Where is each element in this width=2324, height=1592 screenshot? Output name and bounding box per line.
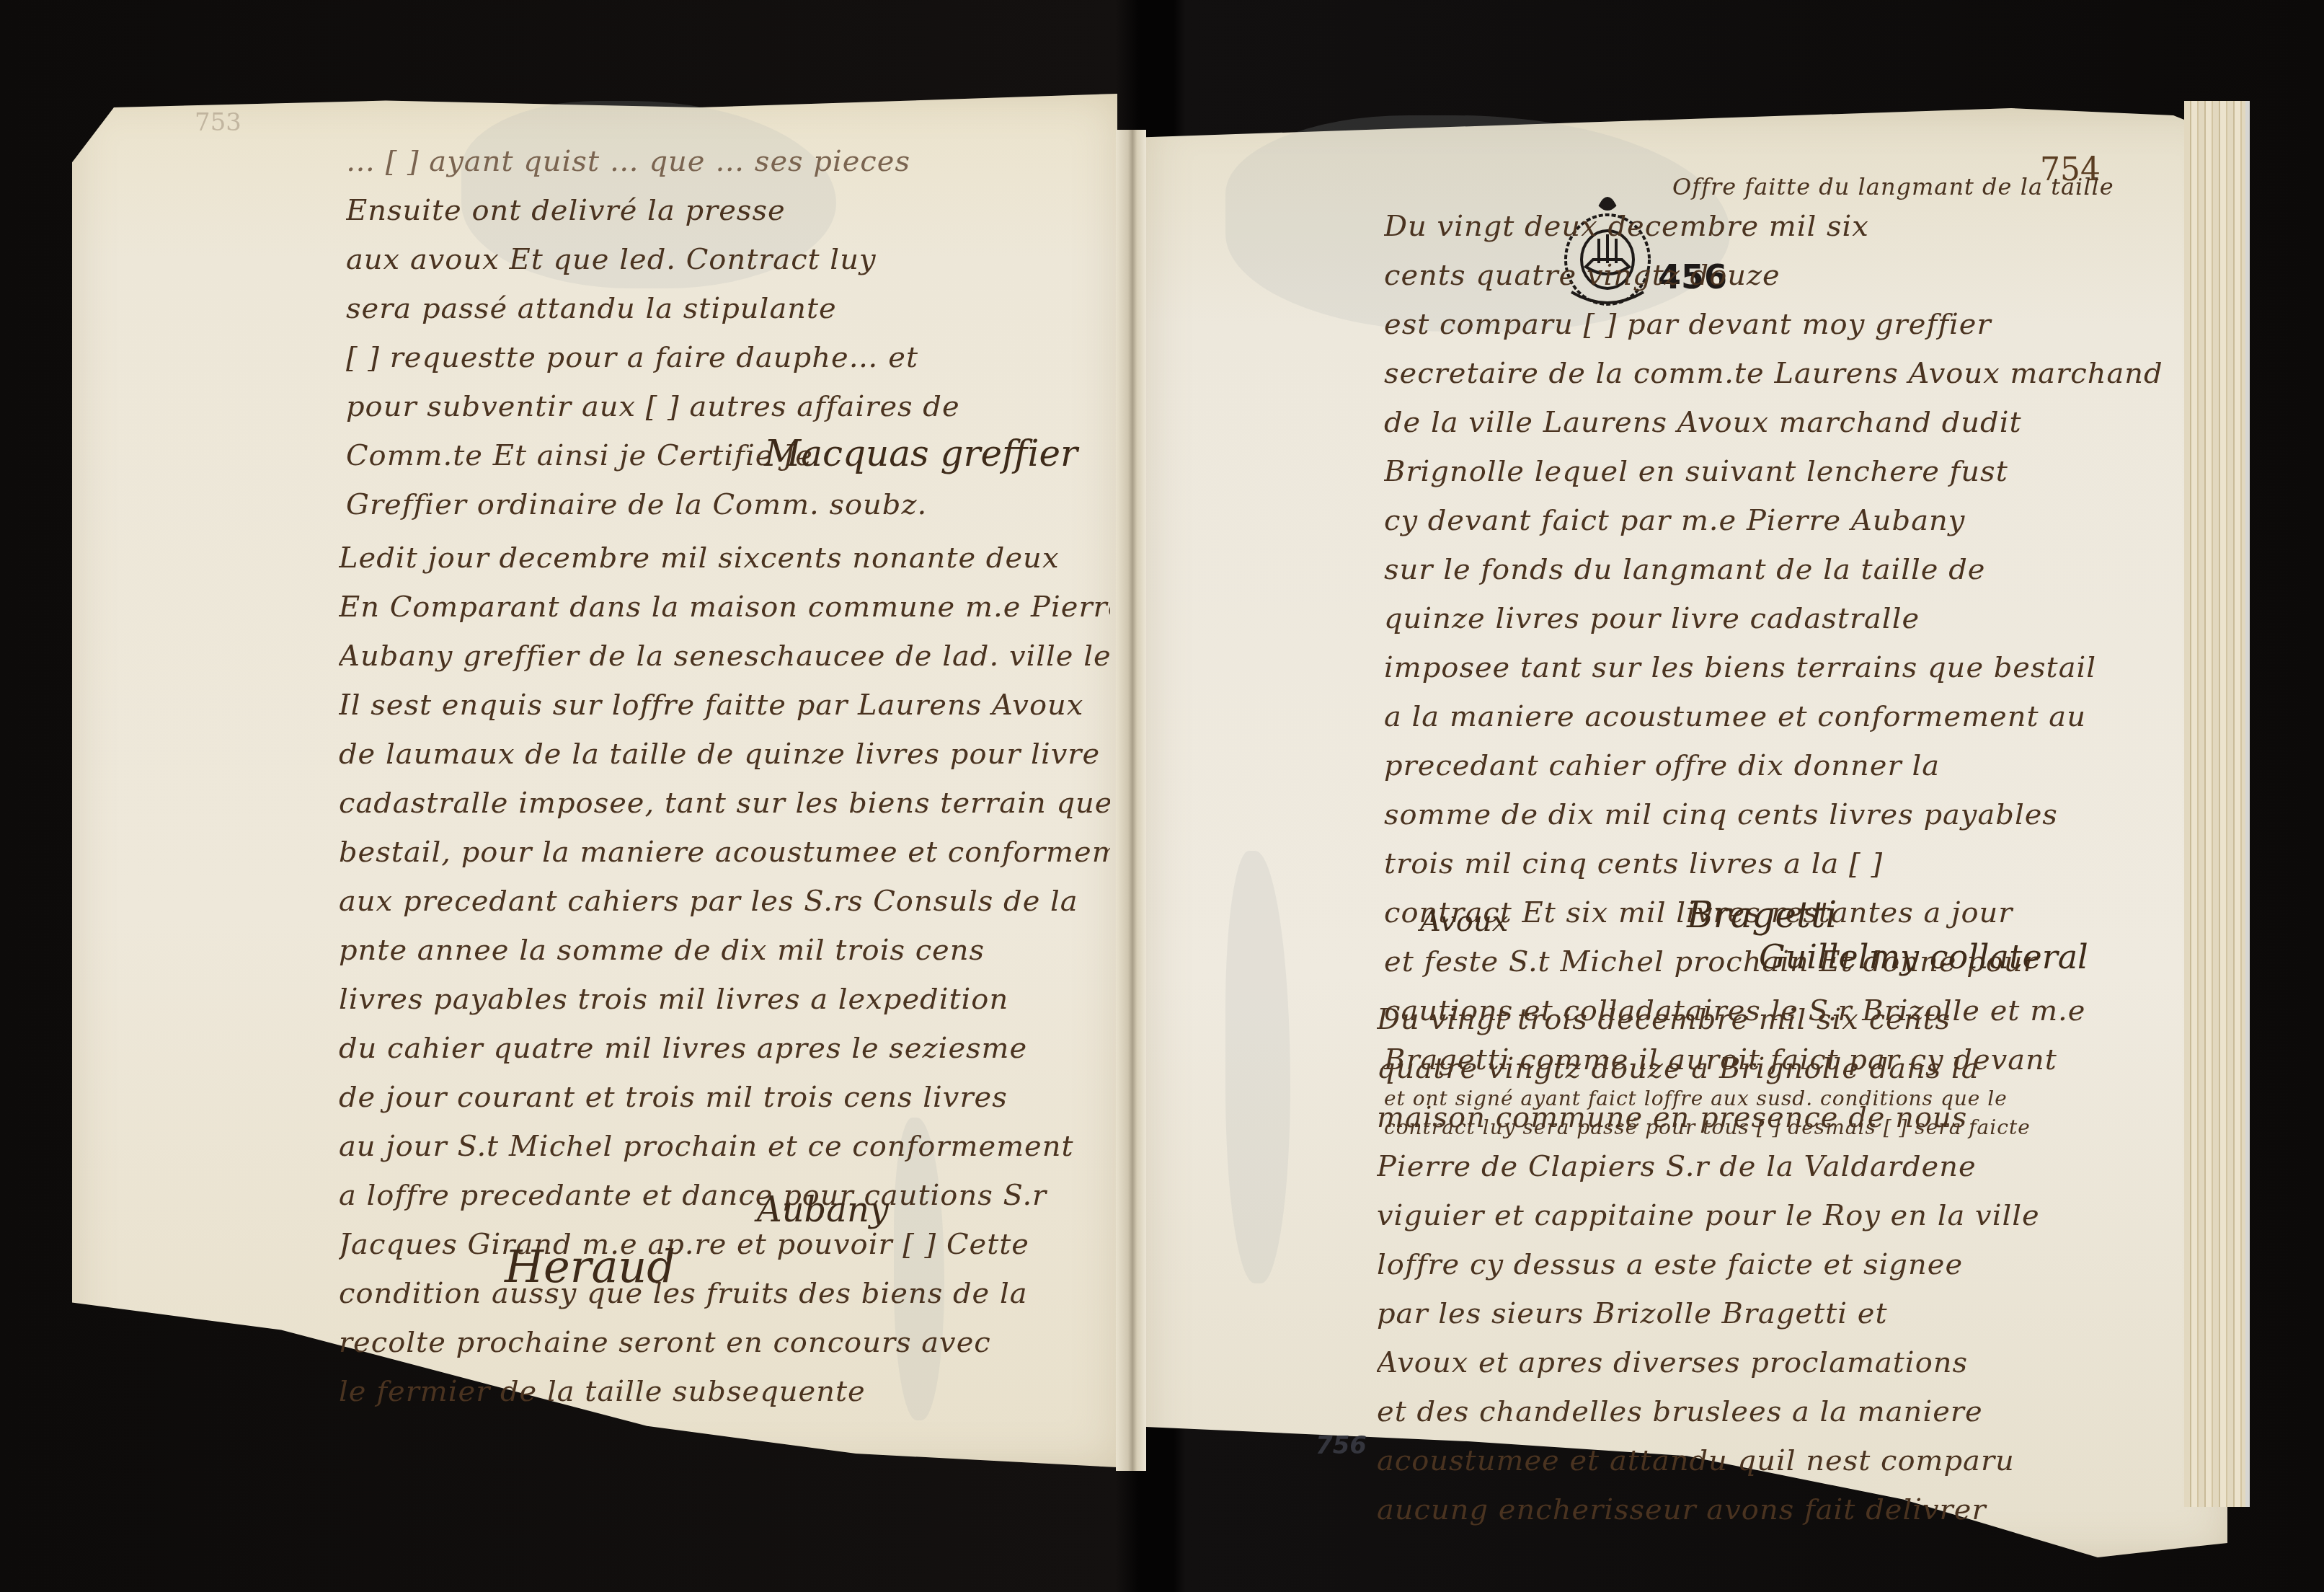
text-line: viguier et cappitaine pour le Roy en la … xyxy=(1377,1191,2155,1240)
signature-avoux: Avoux xyxy=(1420,905,1508,938)
text-line: cadastralle imposee, tant sur les biens … xyxy=(339,779,1110,828)
text-line: Brignolle lequel en suivant lenchere fus… xyxy=(1384,447,2163,496)
text-line: du cahier quatre mil livres apres le sez… xyxy=(339,1024,1110,1073)
signature-macquas: Macquas greffier xyxy=(764,433,1078,474)
text-line: En Comparant dans la maison commune m.e … xyxy=(339,583,1110,632)
text-line: Greffier ordinaire de la Comm. soubz. xyxy=(346,480,1110,529)
text-line: Ledit jour decembre mil sixcents nonante… xyxy=(339,534,1110,583)
text-line: imposee tant sur les biens terrains que … xyxy=(1384,643,2163,692)
signature-bragetti: Bragetti xyxy=(1687,894,1837,936)
text-line: Du vingt trois decembre mil six cents xyxy=(1377,995,2155,1044)
text-line: cy devant faict par m.e Pierre Aubany xyxy=(1384,496,2163,545)
text-line: Avoux et apres diverses proclamations xyxy=(1377,1338,2155,1387)
text-line: recolte prochaine seront en concours ave… xyxy=(339,1318,1110,1367)
text-line: Ensuite ont delivré la presse xyxy=(346,186,1110,235)
text-line: aux avoux Et que led. Contract luy xyxy=(346,235,1110,284)
left-entry-2: Ledit jour decembre mil sixcents nonante… xyxy=(339,534,1110,1416)
text-line: Jacques Girand m.e ap.re et pouvoir [ ] … xyxy=(339,1220,1110,1269)
book-gutter xyxy=(1116,130,1146,1471)
text-line: loffre cy dessus a este faicte et signee xyxy=(1377,1240,2155,1289)
text-line: de jour courant et trois mil trois cens … xyxy=(339,1073,1110,1122)
right-entry-2: Du vingt trois decembre mil six cents qu… xyxy=(1377,995,2155,1534)
text-line: condition aussy que les fruits des biens… xyxy=(339,1269,1110,1318)
text-line: maison commune en presence de nous xyxy=(1377,1093,2155,1142)
text-line: quatre vingtz douze a Brignolle dans la xyxy=(1377,1044,2155,1093)
bleed-through-folio: 753 xyxy=(195,108,241,137)
text-line: a loffre precedante et dance pour cautio… xyxy=(339,1171,1110,1220)
text-line: aucung encherisseur avons fait delivrer xyxy=(1377,1485,2155,1534)
text-line: … [ ] ayant quist … que … ses pieces xyxy=(346,137,1110,186)
pencil-page-number: 756 xyxy=(1316,1431,1367,1460)
text-line: a la maniere acoustumee et conformement … xyxy=(1384,692,2163,741)
text-line: Aubany greffier de la seneschaucee de la… xyxy=(339,632,1110,681)
text-line: Il sest enquis sur loffre faitte par Lau… xyxy=(339,681,1110,730)
text-line: sera passé attandu la stipulante xyxy=(346,284,1110,333)
signature-guillelmy: Guillelmy collateral xyxy=(1759,937,2088,976)
text-line: [ ] requestte pour a faire dauphe… et xyxy=(346,333,1110,382)
text-line: est comparu [ ] par devant moy greffier xyxy=(1384,300,2163,349)
text-line: pnte annee la somme de dix mil trois cen… xyxy=(339,926,1110,975)
text-line: le fermier de la taille subsequente xyxy=(339,1367,1110,1416)
text-line: bestail, pour la maniere acoustumee et c… xyxy=(339,828,1110,877)
signature-aubany: Aubany xyxy=(757,1190,889,1230)
text-line: trois mil cinq cents livres a la [ ] xyxy=(1384,839,2163,888)
text-line: par les sieurs Brizolle Bragetti et xyxy=(1377,1289,2155,1338)
text-line: et des chandelles bruslees a la maniere xyxy=(1377,1387,2155,1436)
text-line: sur le fonds du langmant de la taille de xyxy=(1384,545,2163,594)
text-line: de laumaux de la taille de quinze livres… xyxy=(339,730,1110,779)
margin-note: Offre faitte du langmant de la taille xyxy=(1672,173,2155,200)
text-line: Pierre de Clapiers S.r de la Valdardene xyxy=(1377,1142,2155,1191)
text-line: somme de dix mil cinq cents livres payab… xyxy=(1384,790,2163,839)
text-line: livres payables trois mil livres a lexpe… xyxy=(339,975,1110,1024)
text-line: pour subventir aux [ ] autres affaires d… xyxy=(346,382,1110,431)
text-line: au jour S.t Michel prochain et ce confor… xyxy=(339,1122,1110,1171)
signature-heraud: Heraud xyxy=(505,1240,675,1293)
text-line: Du vingt deux decembre mil six xyxy=(1384,202,2163,251)
text-line: precedant cahier offre dix donner la xyxy=(1384,741,2163,790)
text-line: secretaire de la comm.te Laurens Avoux m… xyxy=(1384,349,2163,398)
text-line: aux precedant cahiers par les S.rs Consu… xyxy=(339,877,1110,926)
text-line: de la ville Laurens Avoux marchand dudit xyxy=(1384,398,2163,447)
text-line: acoustumee et attandu quil nest comparu xyxy=(1377,1436,2155,1485)
page-edge-stack xyxy=(2184,101,2250,1507)
text-line: quinze livres pour livre cadastralle xyxy=(1384,594,2163,643)
text-line: cents quatre vingtz douze xyxy=(1384,251,2163,300)
